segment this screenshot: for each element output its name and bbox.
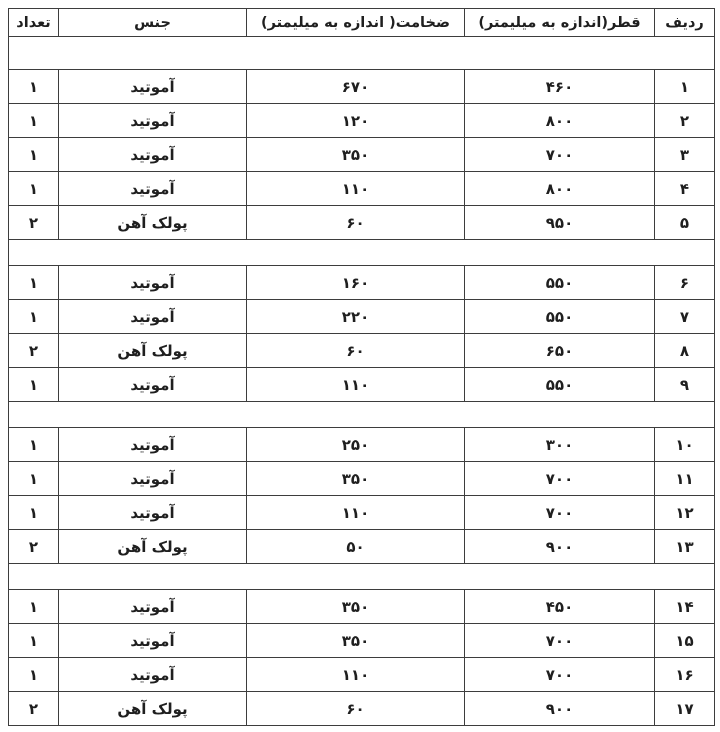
cell-zekhamat: ۳۵۰ xyxy=(247,624,465,658)
cell-zekhamat: ۲۵۰ xyxy=(247,428,465,462)
cell-radif: ۳ xyxy=(655,138,715,172)
cell-zekhamat: ۵۰ xyxy=(247,530,465,564)
cell-zekhamat: ۱۲۰ xyxy=(247,104,465,138)
cell-jens: آموتید xyxy=(59,496,247,530)
table-row: ۵۹۵۰۶۰پولک آهن۲ xyxy=(9,206,715,240)
cell-qotr: ۸۰۰ xyxy=(465,104,655,138)
cell-zekhamat: ۳۵۰ xyxy=(247,462,465,496)
cell-zekhamat: ۱۱۰ xyxy=(247,172,465,206)
cell-tedad: ۱ xyxy=(9,658,59,692)
cell-jens: آموتید xyxy=(59,624,247,658)
cell-radif: ۹ xyxy=(655,368,715,402)
table-body: ۱۴۶۰۶۷۰آموتید۱۲۸۰۰۱۲۰آموتید۱۳۷۰۰۳۵۰آموتی… xyxy=(9,37,715,726)
cell-tedad: ۱ xyxy=(9,462,59,496)
cell-radif: ۱۴ xyxy=(655,590,715,624)
cell-qotr: ۴۶۰ xyxy=(465,70,655,104)
table-row: ۶۵۵۰۱۶۰آموتید۱ xyxy=(9,266,715,300)
header-qotr: قطر(اندازه به میلیمتر) xyxy=(465,9,655,37)
cell-radif: ۱۲ xyxy=(655,496,715,530)
table-row: ۱۴۶۰۶۷۰آموتید۱ xyxy=(9,70,715,104)
cell-qotr: ۷۰۰ xyxy=(465,138,655,172)
cell-zekhamat: ۶۰ xyxy=(247,334,465,368)
cell-radif: ۲ xyxy=(655,104,715,138)
cell-qotr: ۹۰۰ xyxy=(465,692,655,726)
group-spacer-row xyxy=(9,564,715,590)
table-row: ۱۵۷۰۰۳۵۰آموتید۱ xyxy=(9,624,715,658)
cell-qotr: ۳۰۰ xyxy=(465,428,655,462)
cell-tedad: ۱ xyxy=(9,368,59,402)
cell-radif: ۱ xyxy=(655,70,715,104)
group-spacer-cell xyxy=(9,37,715,70)
cell-qotr: ۶۵۰ xyxy=(465,334,655,368)
cell-jens: آموتید xyxy=(59,428,247,462)
cell-qotr: ۷۰۰ xyxy=(465,462,655,496)
group-spacer-cell xyxy=(9,564,715,590)
cell-zekhamat: ۱۶۰ xyxy=(247,266,465,300)
header-tedad: تعداد xyxy=(9,9,59,37)
cell-tedad: ۲ xyxy=(9,334,59,368)
cell-qotr: ۵۵۰ xyxy=(465,368,655,402)
group-spacer-row xyxy=(9,37,715,70)
table-row: ۳۷۰۰۳۵۰آموتید۱ xyxy=(9,138,715,172)
cell-jens: آموتید xyxy=(59,172,247,206)
cell-jens: آموتید xyxy=(59,70,247,104)
cell-zekhamat: ۶۰ xyxy=(247,206,465,240)
cell-qotr: ۹۰۰ xyxy=(465,530,655,564)
table-row: ۴۸۰۰۱۱۰آموتید۱ xyxy=(9,172,715,206)
cell-jens: آموتید xyxy=(59,104,247,138)
cell-jens: پولک آهن xyxy=(59,530,247,564)
table-row: ۱۰۳۰۰۲۵۰آموتید۱ xyxy=(9,428,715,462)
document-page: ردیف قطر(اندازه به میلیمتر) ضخامت( انداز… xyxy=(0,0,720,732)
cell-jens: آموتید xyxy=(59,266,247,300)
cell-radif: ۱۰ xyxy=(655,428,715,462)
cell-radif: ۷ xyxy=(655,300,715,334)
cell-radif: ۶ xyxy=(655,266,715,300)
cell-jens: پولک آهن xyxy=(59,334,247,368)
cell-zekhamat: ۳۵۰ xyxy=(247,590,465,624)
cell-tedad: ۱ xyxy=(9,138,59,172)
cell-jens: آموتید xyxy=(59,590,247,624)
cell-jens: پولک آهن xyxy=(59,206,247,240)
cell-radif: ۱۶ xyxy=(655,658,715,692)
table-row: ۲۸۰۰۱۲۰آموتید۱ xyxy=(9,104,715,138)
cell-zekhamat: ۱۱۰ xyxy=(247,368,465,402)
cell-zekhamat: ۶۷۰ xyxy=(247,70,465,104)
cell-zekhamat: ۱۱۰ xyxy=(247,658,465,692)
table-row: ۱۶۷۰۰۱۱۰آموتید۱ xyxy=(9,658,715,692)
table-row: ۹۵۵۰۱۱۰آموتید۱ xyxy=(9,368,715,402)
header-row: ردیف قطر(اندازه به میلیمتر) ضخامت( انداز… xyxy=(9,9,715,37)
cell-jens: آموتید xyxy=(59,138,247,172)
cell-tedad: ۲ xyxy=(9,530,59,564)
cell-radif: ۱۳ xyxy=(655,530,715,564)
cell-tedad: ۲ xyxy=(9,206,59,240)
group-spacer-row xyxy=(9,240,715,266)
cell-zekhamat: ۲۲۰ xyxy=(247,300,465,334)
cell-qotr: ۵۵۰ xyxy=(465,300,655,334)
cell-tedad: ۱ xyxy=(9,496,59,530)
table-row: ۷۵۵۰۲۲۰آموتید۱ xyxy=(9,300,715,334)
cell-jens: پولک آهن xyxy=(59,692,247,726)
cell-zekhamat: ۶۰ xyxy=(247,692,465,726)
table-row: ۱۳۹۰۰۵۰پولک آهن۲ xyxy=(9,530,715,564)
cell-qotr: ۴۵۰ xyxy=(465,590,655,624)
header-radif: ردیف xyxy=(655,9,715,37)
cell-tedad: ۲ xyxy=(9,692,59,726)
cell-zekhamat: ۳۵۰ xyxy=(247,138,465,172)
cell-radif: ۱۱ xyxy=(655,462,715,496)
cell-radif: ۸ xyxy=(655,334,715,368)
cell-tedad: ۱ xyxy=(9,300,59,334)
parts-spec-table: ردیف قطر(اندازه به میلیمتر) ضخامت( انداز… xyxy=(8,8,715,726)
cell-qotr: ۹۵۰ xyxy=(465,206,655,240)
group-spacer-row xyxy=(9,402,715,428)
table-row: ۱۱۷۰۰۳۵۰آموتید۱ xyxy=(9,462,715,496)
cell-tedad: ۱ xyxy=(9,624,59,658)
cell-tedad: ۱ xyxy=(9,428,59,462)
group-spacer-cell xyxy=(9,402,715,428)
table-row: ۸۶۵۰۶۰پولک آهن۲ xyxy=(9,334,715,368)
header-zekhamat: ضخامت( اندازه به میلیمتر) xyxy=(247,9,465,37)
cell-radif: ۵ xyxy=(655,206,715,240)
cell-tedad: ۱ xyxy=(9,266,59,300)
cell-radif: ۴ xyxy=(655,172,715,206)
cell-jens: آموتید xyxy=(59,368,247,402)
cell-tedad: ۱ xyxy=(9,590,59,624)
table-row: ۱۲۷۰۰۱۱۰آموتید۱ xyxy=(9,496,715,530)
cell-qotr: ۷۰۰ xyxy=(465,624,655,658)
cell-radif: ۱۷ xyxy=(655,692,715,726)
cell-zekhamat: ۱۱۰ xyxy=(247,496,465,530)
cell-jens: آموتید xyxy=(59,658,247,692)
group-spacer-cell xyxy=(9,240,715,266)
cell-jens: آموتید xyxy=(59,462,247,496)
table-row: ۱۷۹۰۰۶۰پولک آهن۲ xyxy=(9,692,715,726)
cell-tedad: ۱ xyxy=(9,104,59,138)
cell-qotr: ۷۰۰ xyxy=(465,658,655,692)
cell-radif: ۱۵ xyxy=(655,624,715,658)
cell-qotr: ۵۵۰ xyxy=(465,266,655,300)
cell-qotr: ۸۰۰ xyxy=(465,172,655,206)
cell-qotr: ۷۰۰ xyxy=(465,496,655,530)
header-jens: جنس xyxy=(59,9,247,37)
cell-tedad: ۱ xyxy=(9,172,59,206)
cell-tedad: ۱ xyxy=(9,70,59,104)
cell-jens: آموتید xyxy=(59,300,247,334)
table-row: ۱۴۴۵۰۳۵۰آموتید۱ xyxy=(9,590,715,624)
